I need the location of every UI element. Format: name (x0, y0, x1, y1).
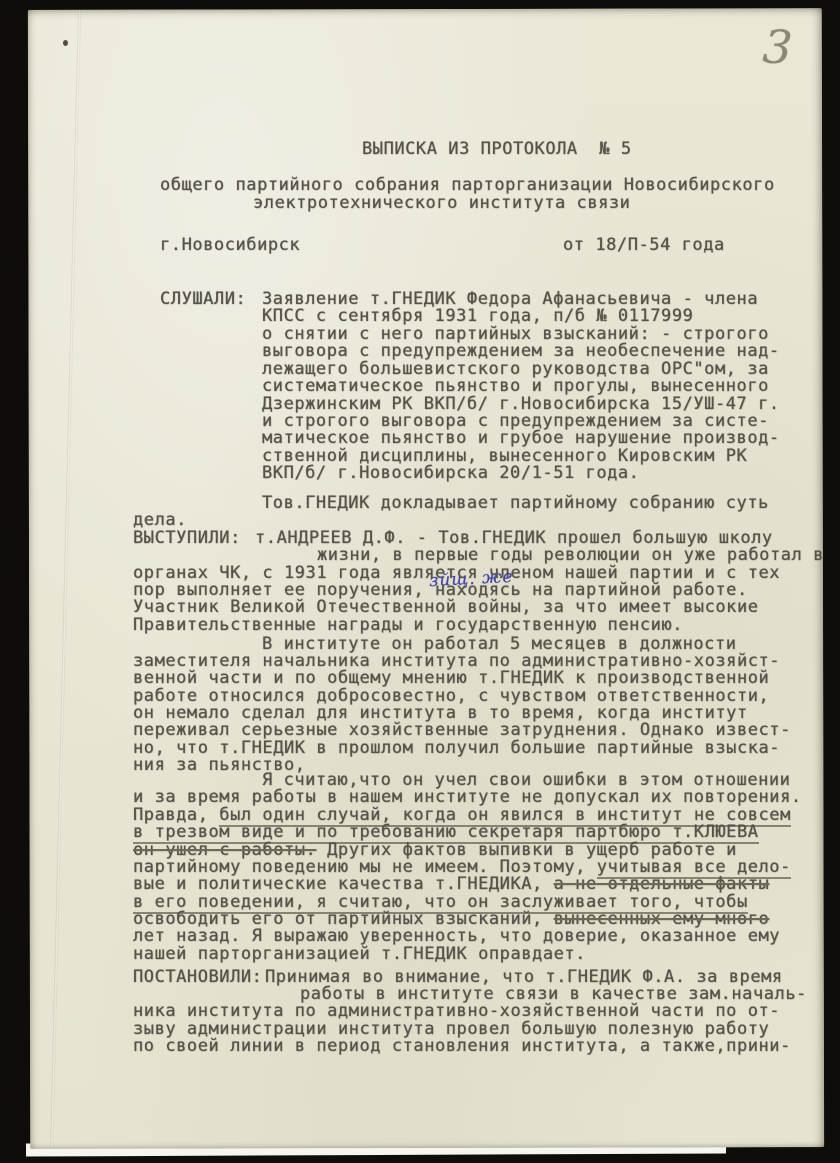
typewritten-line: вые и политические качества т.ГНЕДИКА, а… (133, 876, 769, 893)
typewritten-line: матическое пьянство и грубое нарушение п… (262, 430, 780, 447)
text-segment: систематическое пьянство и прогулы, выне… (262, 376, 769, 396)
text-segment: переживал серьезные хозяйственные затруд… (133, 720, 791, 740)
typewritten-line: по своей линии в период становления инст… (133, 1038, 791, 1055)
typewritten-line: систематическое пьянство и прогулы, выне… (262, 378, 769, 395)
text-segment: ника института по административно-хозяйс… (133, 1001, 780, 1021)
typewritten-line: и за время работы в нашем институте не д… (133, 789, 802, 806)
text-segment: жизни, в первые годы революции он уже ра… (317, 545, 824, 565)
text-segment: дела. (133, 510, 187, 530)
scanned-archive-page: { "scan": { "page_number": "3", "colors"… (0, 0, 840, 1163)
typewritten-line: ПОСТАНОВИЛИ: (133, 969, 262, 986)
handwritten-page-number: 3 (761, 19, 794, 75)
typewritten-text: ВЫПИСКА ИЗ ПРОТОКОЛА № 5общего партийног… (0, 0, 840, 1163)
typewritten-line: нашей парторганизацией т.ГНЕДИК оправдае… (133, 946, 586, 963)
text-segment: выговора с предупреждением за необеспече… (262, 341, 780, 361)
pencil-strikethrough: а не отдельные факты (554, 874, 770, 894)
typewritten-line: Участник Великой Отечественной войны, за… (133, 599, 759, 616)
typewritten-line: ВКП/б/ г.Новосибирска 20/1-51 года. (262, 465, 639, 482)
text-segment: Тов.ГНЕДИК докладывает партийному собран… (262, 493, 769, 513)
typewritten-line: электротехнического института связи (253, 195, 630, 212)
typewritten-line: Тов.ГНЕДИК докладывает партийному собран… (262, 495, 769, 512)
text-segment: электротехнического института связи (253, 193, 630, 213)
typewritten-line: дела. (133, 512, 187, 529)
typewritten-line: жизни, в первые годы революции он уже ра… (317, 547, 824, 564)
text-segment: ПОСТАНОВИЛИ: (133, 967, 262, 987)
text-segment: Правительственные награды и государствен… (133, 615, 683, 635)
typewritten-line: г.Новосибирск (160, 237, 300, 254)
text-segment: вые и политические качества т.ГНЕДИКА, (133, 874, 554, 894)
text-segment: венной части и по общему мнению т.ГНЕДИК… (133, 668, 769, 688)
text-segment: от 18/П-54 года (563, 235, 725, 255)
text-segment: СЛУШАЛИ: (160, 289, 246, 309)
typewritten-line: ника института по административно-хозяйс… (133, 1003, 780, 1020)
text-segment: ВЫСТУПИЛИ: (133, 528, 241, 548)
typewritten-line: венной части и по общему мнению т.ГНЕДИК… (133, 670, 769, 687)
text-segment: общего партийного собрания парторганизац… (160, 175, 775, 195)
text-segment: Участник Великой Отечественной войны, за… (133, 597, 759, 617)
typewritten-line: Правительственные награды и государствен… (133, 617, 683, 634)
typewritten-line: ВЫПИСКА ИЗ ПРОТОКОЛА № 5 (362, 141, 632, 158)
typewritten-line: переживал серьезные хозяйственные затруд… (133, 722, 791, 739)
text-segment: и за время работы в нашем институте не д… (133, 787, 802, 807)
typewritten-line: выговора с предупреждением за необеспече… (262, 343, 780, 360)
typewritten-line: общего партийного собрания парторганизац… (160, 177, 775, 194)
text-segment: лет назад. Я выражаю уверенность, что до… (133, 926, 780, 946)
typewritten-line: лет назад. Я выражаю уверенность, что до… (133, 928, 780, 945)
text-segment: КПСС с сентября 1931 года, п/б № 0117999 (262, 306, 693, 326)
typewritten-line: ВЫСТУПИЛИ: (133, 530, 241, 547)
typewritten-line: в трезвом виде и по требованию секретаря… (133, 824, 759, 841)
text-segment: по своей линии в период становления инст… (133, 1036, 791, 1056)
typewritten-line: СЛУШАЛИ: (160, 291, 246, 308)
text-segment: ВКП/б/ г.Новосибирска 20/1-51 года. (262, 463, 639, 483)
text-segment: матическое пьянство и грубое нарушение п… (262, 428, 780, 448)
text-segment: нашей парторганизацией т.ГНЕДИК оправдае… (133, 944, 586, 964)
text-segment: г.Новосибирск (160, 235, 300, 255)
typewritten-line: от 18/П-54 года (563, 237, 725, 254)
typewritten-line: КПСС с сентября 1931 года, п/б № 0117999 (262, 308, 693, 325)
text-segment: ВЫПИСКА ИЗ ПРОТОКОЛА № 5 (362, 139, 632, 159)
